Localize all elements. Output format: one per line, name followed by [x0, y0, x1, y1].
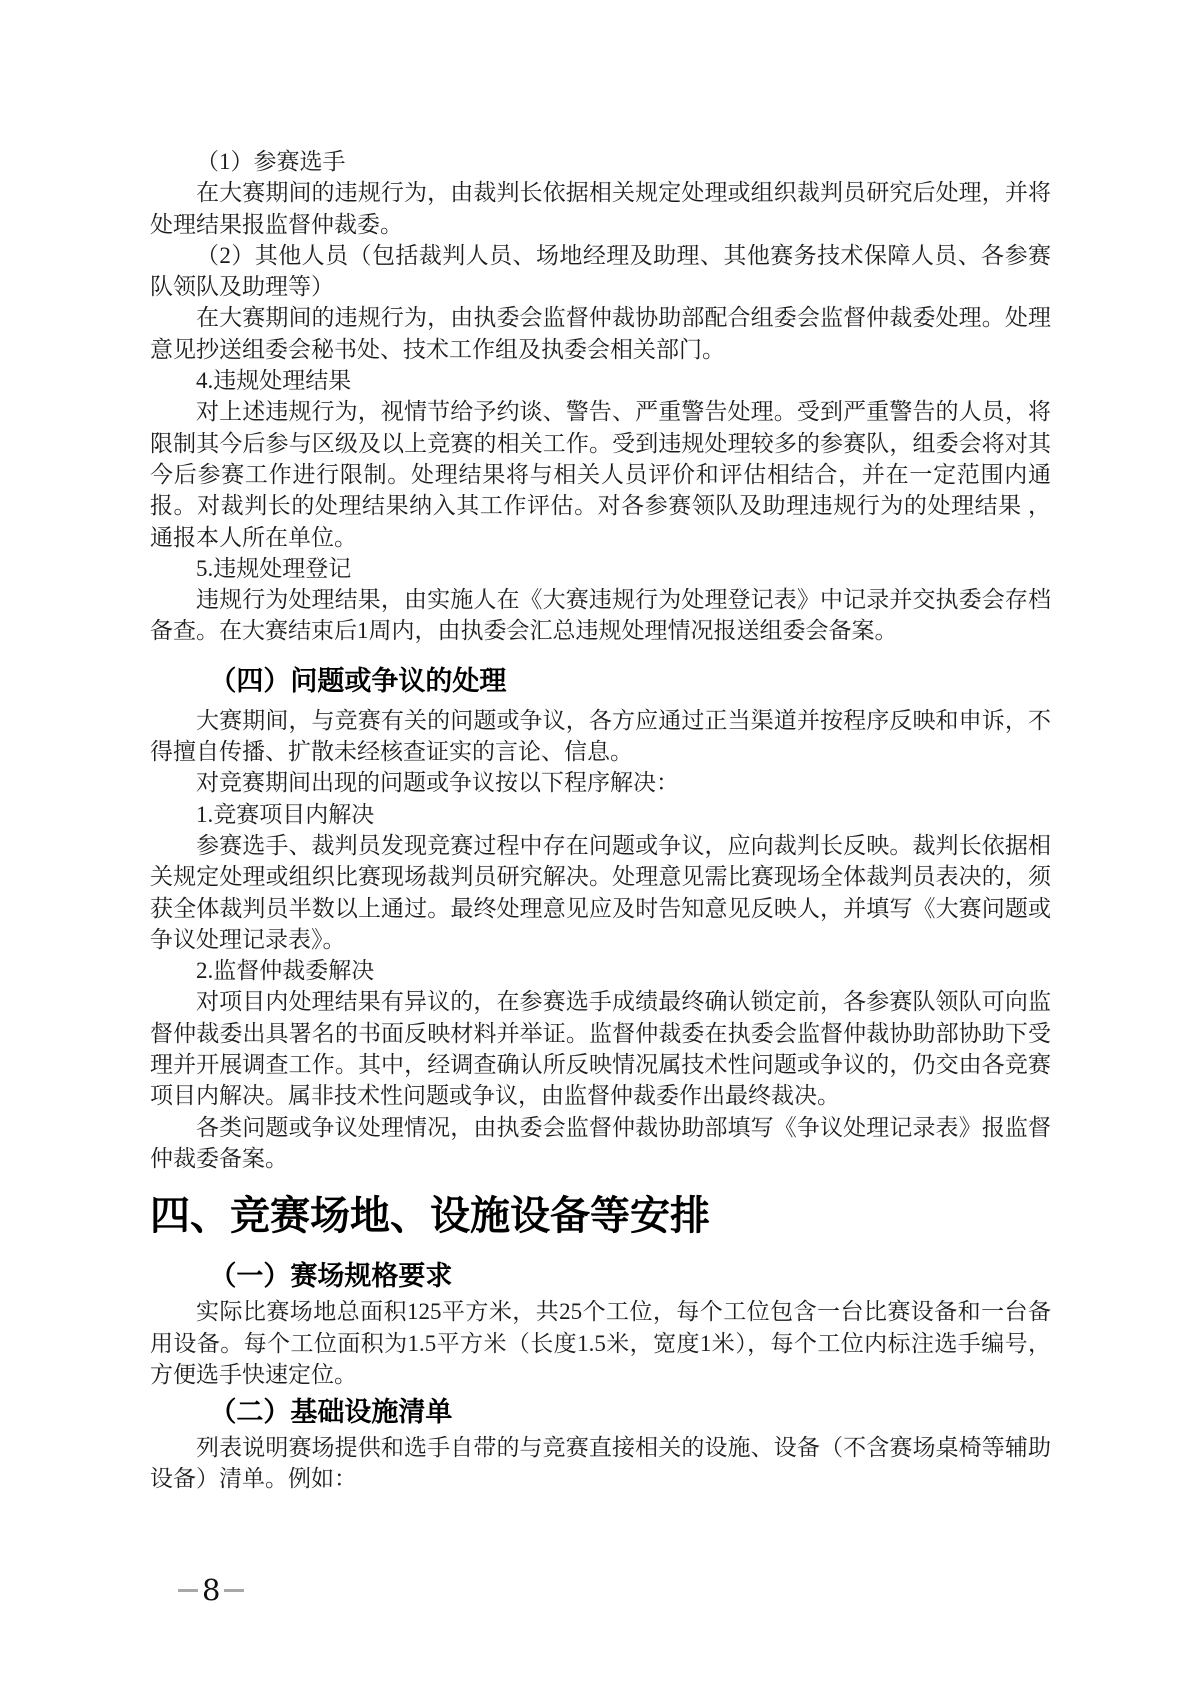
page-footer: 8	[178, 1574, 244, 1606]
footer-left-dash	[178, 1589, 198, 1592]
paragraph: 在大赛期间的违规行为，由裁判长依据相关规定处理或组织裁判员研究后处理，并将处理结…	[150, 177, 1051, 240]
paragraph: （1）参赛选手	[150, 146, 1051, 177]
paragraph: 对上述违规行为，视情节给予约谈、警告、严重警告处理。受到严重警告的人员，将限制其…	[150, 396, 1051, 552]
paragraph: 对项目内处理结果有异议的，在参赛选手成绩最终确认锁定前，各参赛队领队可向监督仲裁…	[150, 986, 1051, 1111]
chapter-heading: 四、竞赛场地、设施设备等安排	[150, 1190, 1051, 1242]
paragraph: 违规行为处理结果，由实施人在《大赛违规行为处理登记表》中记录并交执委会存档备查。…	[150, 584, 1051, 647]
document-page: （1）参赛选手 在大赛期间的违规行为，由裁判长依据相关规定处理或组织裁判员研究后…	[0, 0, 1199, 1696]
paragraph: 在大赛期间的违规行为，由执委会监督仲裁协助部配合组委会监督仲裁委处理。处理意见抄…	[150, 302, 1051, 365]
numbered-item: 5.违规处理登记	[150, 553, 1051, 584]
section-heading: （一）赛场规格要求	[150, 1256, 1051, 1296]
page-number: 8	[202, 1574, 220, 1606]
paragraph: 各类问题或争议处理情况，由执委会监督仲裁协助部填写《争议处理记录表》报监督仲裁委…	[150, 1112, 1051, 1175]
numbered-item: 1.竞赛项目内解决	[150, 799, 1051, 830]
numbered-item: 2.监督仲裁委解决	[150, 955, 1051, 986]
numbered-item: 4.违规处理结果	[150, 365, 1051, 396]
paragraph: 实际比赛场地总面积125平方米，共25个工位，每个工位包含一台比赛设备和一台备用…	[150, 1296, 1051, 1390]
section-heading: （二）基础设施清单	[150, 1392, 1051, 1432]
paragraph: （2）其他人员（包括裁判人员、场地经理及助理、其他赛务技术保障人员、各参赛队领队…	[150, 240, 1051, 303]
footer-right-dash	[224, 1589, 244, 1592]
document-body: （1）参赛选手 在大赛期间的违规行为，由裁判长依据相关规定处理或组织裁判员研究后…	[150, 0, 1051, 1495]
paragraph: 对竞赛期间出现的问题或争议按以下程序解决：	[150, 767, 1051, 798]
section-heading: （四）问题或争议的处理	[150, 661, 1051, 701]
paragraph: 大赛期间，与竞赛有关的问题或争议，各方应通过正当渠道并按程序反映和申诉，不得擅自…	[150, 705, 1051, 768]
paragraph: 列表说明赛场提供和选手自带的与竞赛直接相关的设施、设备（不含赛场桌椅等辅助设备）…	[150, 1432, 1051, 1495]
paragraph: 参赛选手、裁判员发现竞赛过程中存在问题或争议，应向裁判长反映。裁判长依据相关规定…	[150, 830, 1051, 955]
